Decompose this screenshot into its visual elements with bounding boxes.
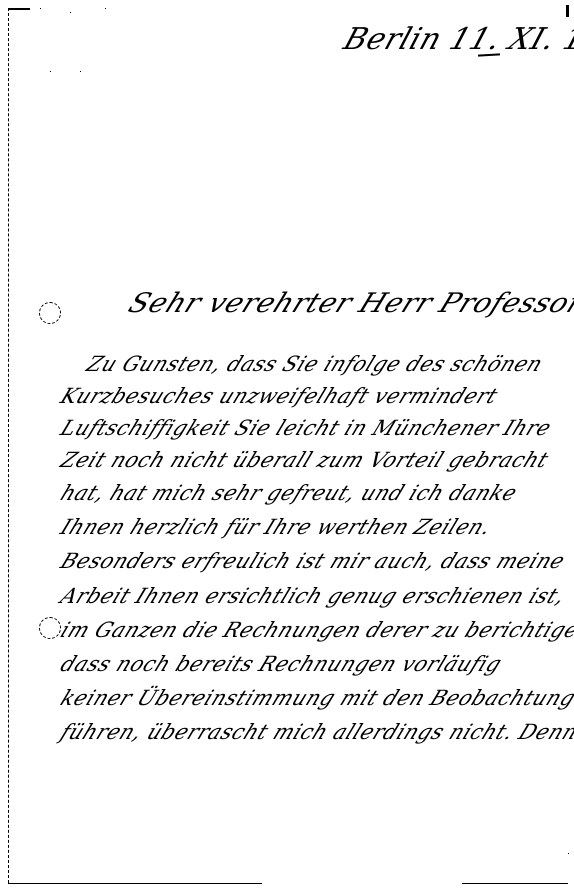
body-line: Ihnen herzlich für Ihre werthen Zeilen.: [57, 515, 495, 539]
body-line: keiner Übereinstimmung mit den Beobachtu…: [57, 686, 574, 710]
scan-speck: [40, 8, 41, 9]
page-corner-mark: [566, 5, 569, 17]
scan-speck: [70, 12, 71, 13]
body-line: dass noch bereits Rechnungen vorläufig: [57, 652, 505, 676]
body-line: Zu Gunsten, dass Sie infolge des schönen: [83, 352, 546, 376]
body-line: im Ganzen die Rechnungen derer zu berich…: [57, 618, 574, 642]
body-line: Luftschiffigkeit Sie leicht in Münchener…: [57, 416, 555, 440]
page-left-edge: [8, 8, 9, 883]
punch-hole-upper: [39, 302, 61, 324]
body-line: Zeit noch nicht überall zum Vorteil gebr…: [57, 448, 552, 472]
body-line: führen, überrascht mich allerdings nicht…: [57, 720, 574, 744]
body-line: Kurzbesuches unzweifelhaft vermindert: [57, 384, 501, 408]
scan-speck: [50, 71, 51, 72]
punch-hole-lower: [39, 617, 61, 639]
salutation: Sehr verehrter Herr Professor!: [124, 288, 574, 319]
letter-page: Berlin 11. XI. 1907. Sehr verehrter Herr…: [0, 0, 574, 893]
body-line: Arbeit Ihnen ersichtlich genug erschiene…: [57, 584, 569, 608]
page-top-edge: [8, 8, 30, 10]
body-line: hat, hat mich sehr gefreut, und ich dank…: [57, 481, 521, 505]
scan-speck: [105, 8, 106, 9]
scan-speck: [80, 71, 81, 72]
scan-speck: [568, 853, 569, 854]
page-bottom-edge-gap: [262, 881, 462, 886]
body-line: Besonders erfreulich ist mir auch, dass …: [57, 549, 569, 573]
place-date: Berlin 11. XI. 1907.: [339, 22, 574, 57]
